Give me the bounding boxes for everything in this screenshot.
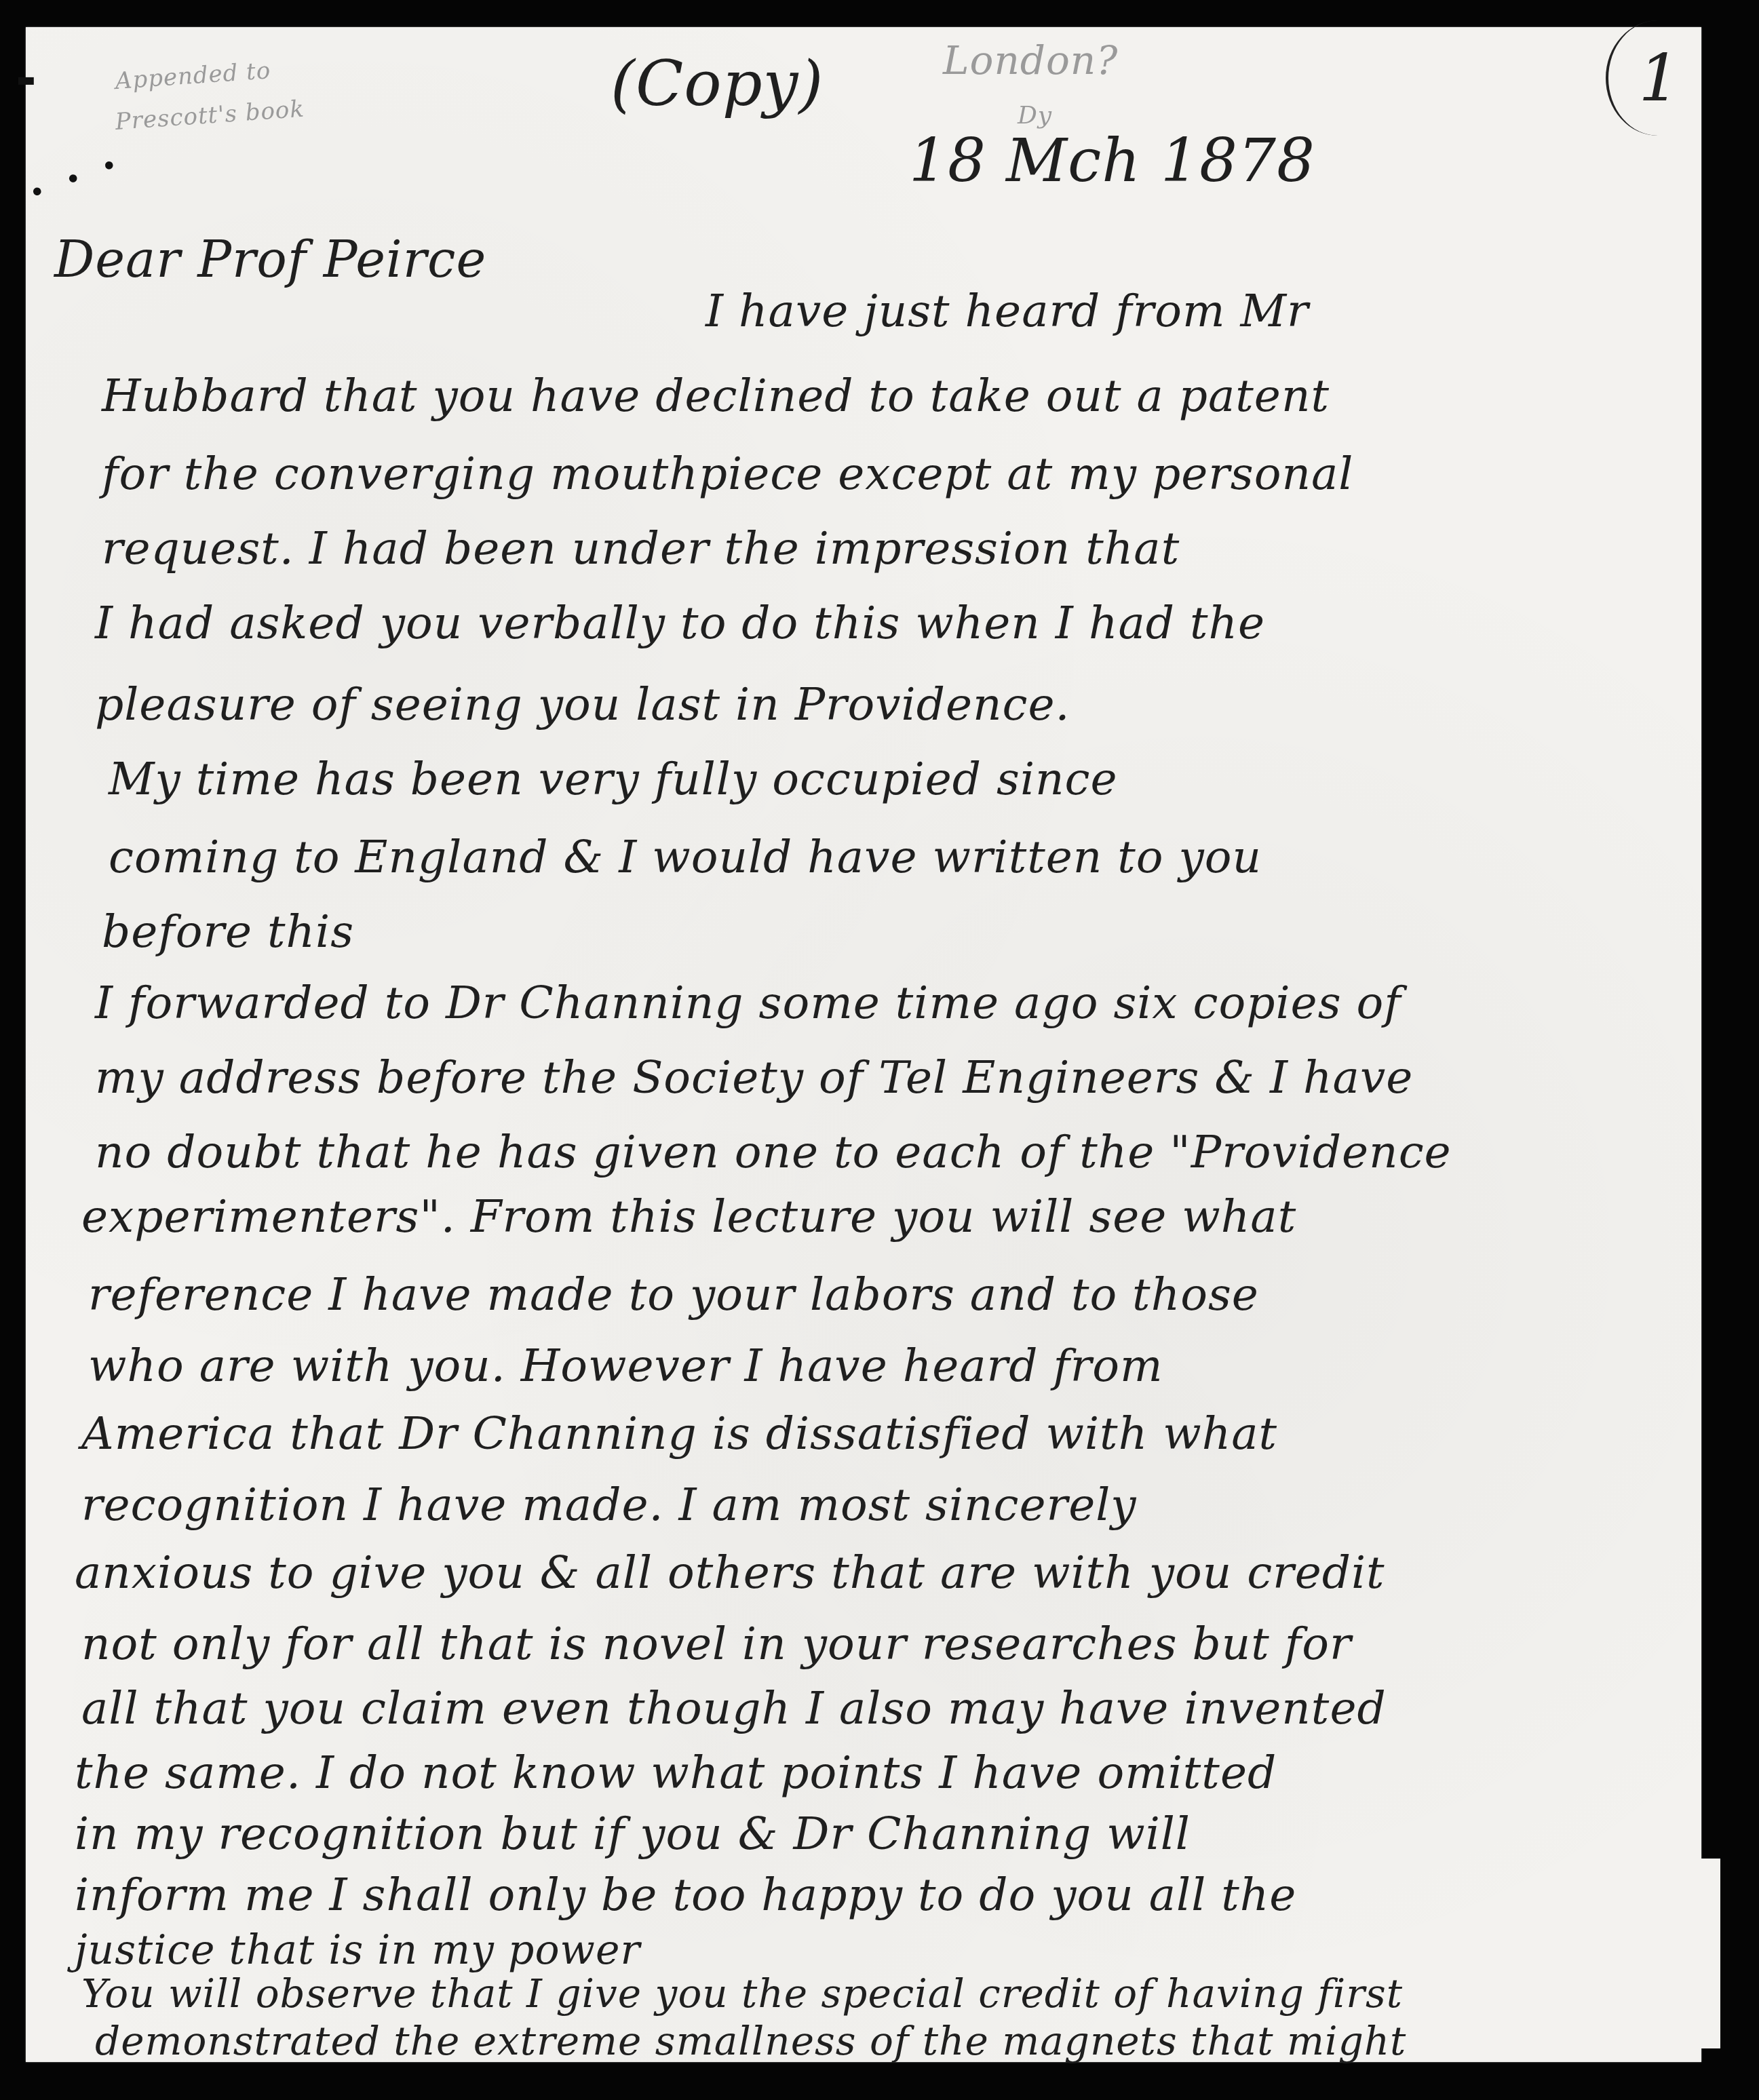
letter-line: Hubbard that you have declined to take o… bbox=[102, 370, 1330, 422]
letter-line: coming to England & I would have written… bbox=[109, 831, 1262, 883]
letter-line: I had asked you verbally to do this when… bbox=[95, 597, 1265, 649]
pencil-place-note: London? bbox=[943, 37, 1118, 83]
letter-line: my address before the Society of Tel Eng… bbox=[95, 1051, 1413, 1104]
letter-line: recognition I have made. I am most since… bbox=[81, 1479, 1137, 1531]
letter-line: demonstrated the extreme smallness of th… bbox=[95, 2018, 1406, 2064]
letter-line: for the converging mouthpiece except at … bbox=[102, 448, 1353, 500]
letter-line: all that you claim even though I also ma… bbox=[81, 1682, 1387, 1734]
letter-line: My time has been very fully occupied sin… bbox=[109, 753, 1118, 805]
copy-mark: (Copy) bbox=[611, 47, 824, 120]
letter-line: I have just heard from Mr bbox=[705, 285, 1309, 337]
letter-line: inform me I shall only be too happy to d… bbox=[75, 1869, 1296, 1921]
letter-line: anxious to give you & all others that ar… bbox=[75, 1547, 1385, 1599]
letter-line: the same. I do not know what points I ha… bbox=[75, 1747, 1277, 1799]
letter-line: reference I have made to your labors and… bbox=[88, 1268, 1259, 1321]
letter-line: justice that is in my power bbox=[75, 1926, 640, 1974]
letter-date: 18 Mch 1878 bbox=[909, 125, 1315, 195]
letter-line: before this bbox=[102, 906, 354, 958]
letter-line: not only for all that is novel in your r… bbox=[81, 1618, 1352, 1670]
letter-line: no doubt that he has given one to each o… bbox=[95, 1126, 1452, 1178]
page-number: 1 bbox=[1606, 20, 1710, 136]
letter-line: You will observe that I give you the spe… bbox=[81, 1970, 1403, 2017]
salutation: Dear Prof Peirce bbox=[54, 231, 486, 289]
torn-edge bbox=[1700, 1859, 1720, 2048]
letter-line: experimenters". From this lecture you wi… bbox=[81, 1190, 1296, 1243]
letter-line: America that Dr Channing is dissatisfied… bbox=[81, 1407, 1277, 1460]
letter-line: pleasure of seeing you last in Providenc… bbox=[95, 678, 1070, 731]
letter-line: request. I had been under the impression… bbox=[102, 522, 1180, 575]
letter-line: I forwarded to Dr Channing some time ago… bbox=[95, 977, 1402, 1029]
margin-mark: ▬ bbox=[16, 68, 35, 92]
letter-line: in my recognition but if you & Dr Channi… bbox=[75, 1808, 1191, 1860]
letter-line: who are with you. However I have heard f… bbox=[88, 1340, 1163, 1392]
